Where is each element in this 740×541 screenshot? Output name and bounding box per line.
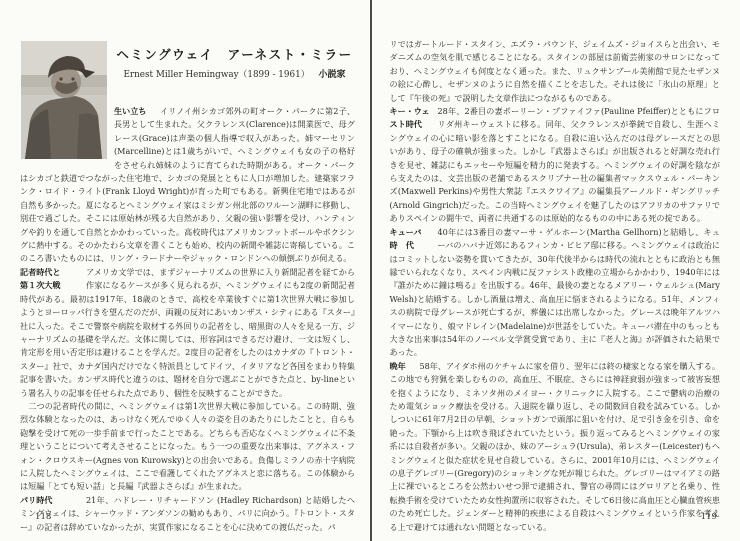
section-heading: キューバ 時 代 xyxy=(390,226,438,253)
section-paragraph: 晩年58年、アイダホ州のケチャムに家を借り、翌年には終の棲家となる家を購入する。… xyxy=(390,360,721,534)
entry-name-english: Ernest Miller Hemingway（1899 - 1961） xyxy=(123,70,309,80)
section-heading: 生い立ち xyxy=(114,105,160,118)
left-page: ヘミングウェイ アーネスト・ミラー Ernest Miller Hemingwa… xyxy=(0,0,370,541)
section-text: 40年には3番目の妻マーサ・ゲルホーン(Martha Gellhorn)と結婚し… xyxy=(390,227,721,358)
section-paragraph: パリ時代21年、ハドレー・リチャードソン (Hadley Richardson)… xyxy=(20,494,355,534)
section-text: リではガートルード・スタイン、エズラ・パウンド、ジェイムズ・ジョイスらと出会い、… xyxy=(390,39,721,103)
right-page: リではガートルード・スタイン、エズラ・パウンド、ジェイムズ・ジョイスらと出会い、… xyxy=(372,0,740,541)
section-paragraph: キー・ウェ スト時代28年、2番目の妻ポーリーン・プファイファ(Pauline … xyxy=(390,105,721,226)
page-number-left: 118 xyxy=(35,512,51,522)
entry-role-label: 小説家 xyxy=(319,70,346,80)
hemingway-portrait-photo xyxy=(21,41,107,159)
section-text: 28年、2番目の妻ポーリーン・プファイファ(Pauline Pfeiffer)と… xyxy=(390,106,721,223)
section-paragraph: キューバ 時 代40年には3番目の妻マーサ・ゲルホーン(Martha Gellh… xyxy=(390,226,721,360)
section-heading: キー・ウェ スト時代 xyxy=(390,105,438,132)
section-text: 58年、アイダホ州のケチャムに家を借り、翌年には終の棲家となる家を購入する。この… xyxy=(390,361,721,532)
left-page-body-text: 生い立ちイリノイ州シカゴ郊外の町オーク・パークに第2子、長男として生まれた。父ク… xyxy=(20,105,355,534)
section-heading: パリ時代 xyxy=(20,494,86,507)
book-spread: { "header": { "name_ja": "ヘミングウェイ アーネスト・… xyxy=(0,0,740,541)
page-number-right: 119 xyxy=(701,512,717,522)
right-page-body-text: リではガートルード・スタイン、エズラ・パウンド、ジェイムズ・ジョイスらと出会い、… xyxy=(390,38,721,534)
portrait-illustration xyxy=(21,41,107,159)
section-paragraph: リではガートルード・スタイン、エズラ・パウンド、ジェイムズ・ジョイスらと出会い、… xyxy=(390,38,721,105)
section-heading: 記者時代と 第１次大戦 xyxy=(20,266,86,293)
section-text: 二つの記者時代の間に、ヘミングウェイは第1次世界大戦に参加している。この時期、強… xyxy=(20,401,355,491)
section-paragraph: 二つの記者時代の間に、ヘミングウェイは第1次世界大戦に参加している。この時期、強… xyxy=(20,400,355,494)
section-heading: 晩年 xyxy=(390,360,420,373)
section-paragraph: 記者時代と 第１次大戦アメリカ文学では、まずジャーナリズムの世界に入り新聞記者を… xyxy=(20,266,355,400)
